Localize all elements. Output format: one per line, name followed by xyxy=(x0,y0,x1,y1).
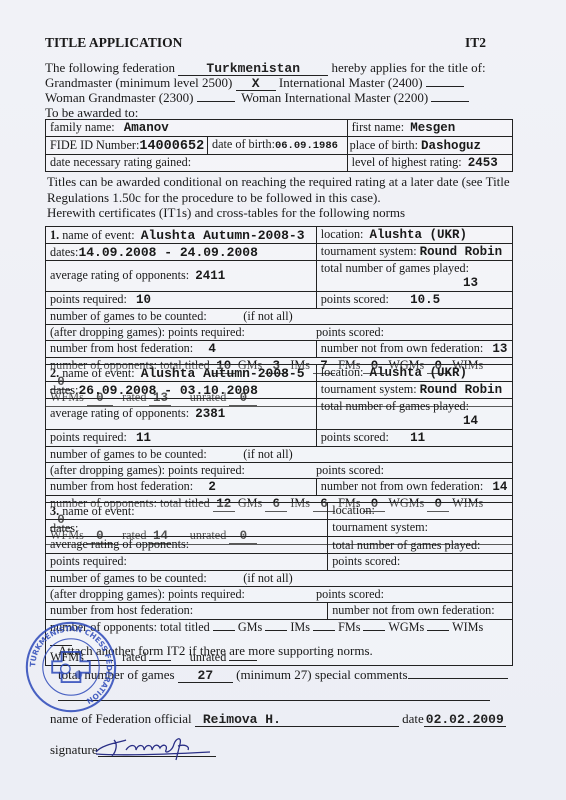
event-name-label: name of event: xyxy=(62,228,134,242)
avg-rating-label: average rating of opponents: xyxy=(50,406,189,420)
gms-label: GMs xyxy=(238,620,262,634)
total-games-cell: total number of games played: xyxy=(328,537,513,554)
family-name-label: family name: xyxy=(50,120,115,134)
system-label: tournament system: xyxy=(321,244,417,258)
im-mark-field[interactable] xyxy=(426,86,464,87)
dates-field[interactable]: 14.09.2008 - 24.09.2008 xyxy=(78,245,257,260)
host-fed-cell: number from host federation: 2 xyxy=(46,479,317,496)
event-name-cell: 3. name of event: xyxy=(46,503,328,520)
total-games-field[interactable]: 27 xyxy=(178,669,233,683)
dob-label: date of birth: xyxy=(212,137,275,151)
ims-label: IMs xyxy=(290,620,310,634)
not-own-fed-label: number not from own federation: xyxy=(321,479,483,493)
rating-gained-label: date necessary rating gained: xyxy=(50,155,191,169)
total-games-label: total number of games played: xyxy=(332,538,480,552)
title-line-1: Grandmaster (minimum level 2500) X Inter… xyxy=(45,75,464,91)
not-own-fed-cell: number not from own federation: xyxy=(328,603,513,620)
federation-suffix: hereby applies for the title of: xyxy=(331,60,485,75)
dates-field[interactable]: 26.09.2008 - 03.10.2008 xyxy=(78,383,257,398)
system-cell: tournament system: xyxy=(328,520,513,537)
not-own-fed-label: number not from own federation: xyxy=(332,603,494,617)
wgm-mark-field[interactable] xyxy=(197,101,235,102)
avg-rating-label: average rating of opponents: xyxy=(50,537,189,551)
host-fed-label: number from host federation: xyxy=(50,479,193,493)
points-required-label: points required: xyxy=(50,430,127,444)
after-points-scored-label: points scored: xyxy=(316,463,384,477)
host-fed-label: number from host federation: xyxy=(50,603,193,617)
rating-gained-cell: date necessary rating gained: xyxy=(46,155,348,172)
first-name-label: first name: xyxy=(352,120,404,134)
after-dropping-cell: (after dropping games): points required:… xyxy=(46,325,513,341)
points-scored-cell: points scored: xyxy=(328,554,513,571)
event-name-label: name of event: xyxy=(62,366,134,380)
first-name-field[interactable]: Mesgen xyxy=(410,121,455,135)
date-label: date xyxy=(402,711,424,726)
gm-mark-field[interactable]: X xyxy=(236,77,276,91)
special-comments-field[interactable] xyxy=(408,678,508,679)
system-field[interactable]: Round Robin xyxy=(420,383,503,397)
avg-rating-field[interactable]: 2411 xyxy=(195,269,225,283)
highest-rating-field[interactable]: 2453 xyxy=(468,156,498,170)
avg-rating-cell: average rating of opponents: 2411 xyxy=(46,261,317,292)
system-cell: tournament system: Round Robin xyxy=(316,382,512,399)
total-games-cell: total number of games played: 13 xyxy=(316,261,512,292)
minimum-label: (minimum 27) special comments xyxy=(236,667,408,682)
total-games-label: total number of games played: xyxy=(321,261,469,275)
system-label: tournament system: xyxy=(321,382,417,396)
avg-rating-cell: average rating of opponents: xyxy=(46,537,328,554)
highest-rating-cell: level of highest rating: 2453 xyxy=(347,155,512,172)
points-required-cell: points required: xyxy=(46,554,328,571)
conditional-note: Titles can be awarded conditional on rea… xyxy=(47,174,527,206)
highest-rating-label: level of highest rating: xyxy=(352,155,462,169)
not-own-fed-field[interactable]: 14 xyxy=(492,480,507,494)
wgm-label: Woman Grandmaster (2300) xyxy=(45,90,193,105)
title-line-2: Woman Grandmaster (2300) Woman Internati… xyxy=(45,90,469,106)
federation-stamp-icon: TURKMENISTAN CHESS FEDERATION xyxy=(24,620,118,714)
if-not-all-label: (if not all) xyxy=(243,309,292,323)
points-required-label: points required: xyxy=(50,292,127,306)
fide-id-field[interactable]: 14000652 xyxy=(139,139,204,154)
signature-scribble xyxy=(92,730,212,762)
points-scored-field[interactable]: 10.5 xyxy=(410,293,440,307)
host-fed-label: number from host federation: xyxy=(50,341,193,355)
games-counted-cell: number of games to be counted: (if not a… xyxy=(46,571,513,587)
after-dropping-cell: (after dropping games): points required:… xyxy=(46,463,513,479)
fms-field[interactable] xyxy=(363,630,385,631)
location-cell: location: Alushta (UKR) xyxy=(316,365,512,382)
pob-field[interactable]: Dashoguz xyxy=(421,139,481,153)
fide-id-cell: FIDE ID Number:14000652 xyxy=(46,137,208,155)
form-header: TITLE APPLICATION IT2 xyxy=(45,35,486,51)
after-dropping-label: (after dropping games): points required: xyxy=(50,587,245,601)
official-field[interactable]: Reimova H. xyxy=(195,713,399,727)
event-name-label: name of event: xyxy=(62,504,134,518)
points-scored-cell: points scored: 11 xyxy=(316,430,512,447)
total-games-field[interactable]: 14 xyxy=(463,414,478,429)
federation-field[interactable]: Turkmenistan xyxy=(178,62,328,76)
herewith-note: Herewith certificates (IT1s) and cross-t… xyxy=(47,205,527,221)
avg-rating-label: average rating of opponents: xyxy=(50,268,189,282)
system-field[interactable]: Round Robin xyxy=(420,245,503,259)
event-name-field[interactable]: Alushta Autumn-2008-3 xyxy=(141,228,305,243)
avg-rating-field[interactable]: 2381 xyxy=(195,407,225,421)
points-scored-label: points scored: xyxy=(332,554,400,568)
wims-label: WIMs xyxy=(452,620,483,634)
points-scored-label: points scored: xyxy=(321,430,389,444)
points-required-field[interactable]: 11 xyxy=(136,431,151,445)
games-counted-cell: number of games to be counted: (if not a… xyxy=(46,447,513,463)
wim-label: Woman International Master (2200) xyxy=(241,90,428,105)
not-own-fed-label: number not from own federation: xyxy=(321,341,483,355)
unrated-field[interactable] xyxy=(229,660,257,661)
if-not-all-label: (if not all) xyxy=(243,571,292,585)
fms-label: FMs xyxy=(338,620,360,634)
if-not-all-label: (if not all) xyxy=(243,447,292,461)
svg-text:TURKMENISTAN CHESS FEDERATION: TURKMENISTAN CHESS FEDERATION xyxy=(28,624,114,706)
points-scored-cell: points scored: 10.5 xyxy=(316,292,512,309)
not-own-fed-field[interactable]: 13 xyxy=(492,342,507,356)
points-required-cell: points required: 11 xyxy=(46,430,317,447)
location-cell: location: Alushta (UKR) xyxy=(316,227,512,244)
wgms-label: WGMs xyxy=(388,620,424,634)
official-line: name of Federation official Reimova H. d… xyxy=(50,711,506,727)
location-field[interactable]: Alushta (UKR) xyxy=(370,228,468,242)
rated-field[interactable] xyxy=(149,660,171,661)
gm-label: Grandmaster (minimum level 2500) xyxy=(45,75,232,90)
dob-cell: date of birth:06.09.1986 xyxy=(208,137,348,155)
dates-cell: dates:26.09.2008 - 03.10.2008 xyxy=(46,382,317,399)
games-counted-label: number of games to be counted: xyxy=(50,447,207,461)
games-counted-cell: number of games to be counted: (if not a… xyxy=(46,309,513,325)
gms-field[interactable] xyxy=(265,630,287,631)
pob-cell: place of birth: Dashoguz xyxy=(347,137,512,155)
event-name-cell: 1. name of event: Alushta Autumn-2008-3 xyxy=(46,227,317,244)
points-required-field[interactable]: 10 xyxy=(136,293,151,307)
not-own-fed-cell: number not from own federation: 14 xyxy=(316,479,512,496)
dates-label: dates: xyxy=(50,521,78,535)
after-dropping-cell: (after dropping games): points required:… xyxy=(46,587,513,603)
system-label: tournament system: xyxy=(332,520,428,534)
games-counted-label: number of games to be counted: xyxy=(50,309,207,323)
dates-label: dates: xyxy=(50,245,78,259)
total-games-label: total number of games played: xyxy=(321,399,469,413)
family-name-field[interactable]: Amanov xyxy=(124,121,169,135)
after-dropping-label: (after dropping games): points required: xyxy=(50,325,245,339)
ims-field[interactable] xyxy=(313,630,335,631)
host-fed-field[interactable]: 2 xyxy=(208,480,216,494)
document-page: TITLE APPLICATION IT2 The following fede… xyxy=(0,0,566,800)
avg-rating-cell: average rating of opponents: 2381 xyxy=(46,399,317,430)
special-comments-line[interactable] xyxy=(58,700,490,701)
dates-label: dates: xyxy=(50,383,78,397)
date-field[interactable]: 02.02.2009 xyxy=(424,713,506,727)
norm-number: 2. xyxy=(50,366,59,380)
total-games-field[interactable]: 13 xyxy=(463,276,478,291)
host-fed-cell: number from host federation: xyxy=(46,603,328,620)
after-dropping-label: (after dropping games): points required: xyxy=(50,463,245,477)
federation-line: The following federation Turkmenistan he… xyxy=(45,60,486,76)
wim-mark-field[interactable] xyxy=(431,101,469,102)
form-code: IT2 xyxy=(465,35,486,51)
location-label: location: xyxy=(321,365,364,379)
dates-cell: dates:14.09.2008 - 24.09.2008 xyxy=(46,244,317,261)
total-games-cell: total number of games played: 14 xyxy=(316,399,512,430)
event-name-cell: 2. name of event: Alushta Autumn-2008-5 xyxy=(46,365,317,382)
event-name-field[interactable]: Alushta Autumn-2008-5 xyxy=(141,366,305,381)
points-required-label: points required: xyxy=(50,554,127,568)
form-title: TITLE APPLICATION xyxy=(45,35,182,50)
dob-field[interactable]: 06.09.1986 xyxy=(275,140,338,152)
host-fed-field[interactable]: 4 xyxy=(208,342,216,356)
host-fed-cell: number from host federation: 4 xyxy=(46,341,317,358)
norm-number: 1. xyxy=(50,228,59,242)
points-required-cell: points required: 10 xyxy=(46,292,317,309)
location-cell: location: xyxy=(328,503,513,520)
points-scored-label: points scored: xyxy=(321,292,389,306)
wgms-field[interactable] xyxy=(427,630,449,631)
location-label: location: xyxy=(332,503,375,517)
fide-id-label: FIDE ID Number: xyxy=(50,138,139,152)
not-own-fed-cell: number not from own federation: 13 xyxy=(316,341,512,358)
location-label: location: xyxy=(321,227,364,241)
system-cell: tournament system: Round Robin xyxy=(316,244,512,261)
family-name-cell: family name: Amanov xyxy=(46,120,348,137)
points-scored-field[interactable]: 11 xyxy=(410,431,425,445)
games-counted-label: number of games to be counted: xyxy=(50,571,207,585)
norm-number: 3. xyxy=(50,504,59,518)
total-games-line: total number of games 27 (minimum 27) sp… xyxy=(58,667,508,683)
pob-label: place of birth: xyxy=(350,138,418,152)
im-label: International Master (2400) xyxy=(279,75,423,90)
signature-label: signature xyxy=(50,742,98,757)
player-table: family name: Amanov first name: Mesgen F… xyxy=(45,119,513,172)
after-points-scored-label: points scored: xyxy=(316,587,384,601)
location-field[interactable]: Alushta (UKR) xyxy=(370,366,468,380)
federation-prefix: The following federation xyxy=(45,60,175,75)
titled-field[interactable] xyxy=(213,630,235,631)
first-name-cell: first name: Mesgen xyxy=(347,120,512,137)
after-points-scored-label: points scored: xyxy=(316,325,384,339)
dates-cell: dates: xyxy=(46,520,328,537)
